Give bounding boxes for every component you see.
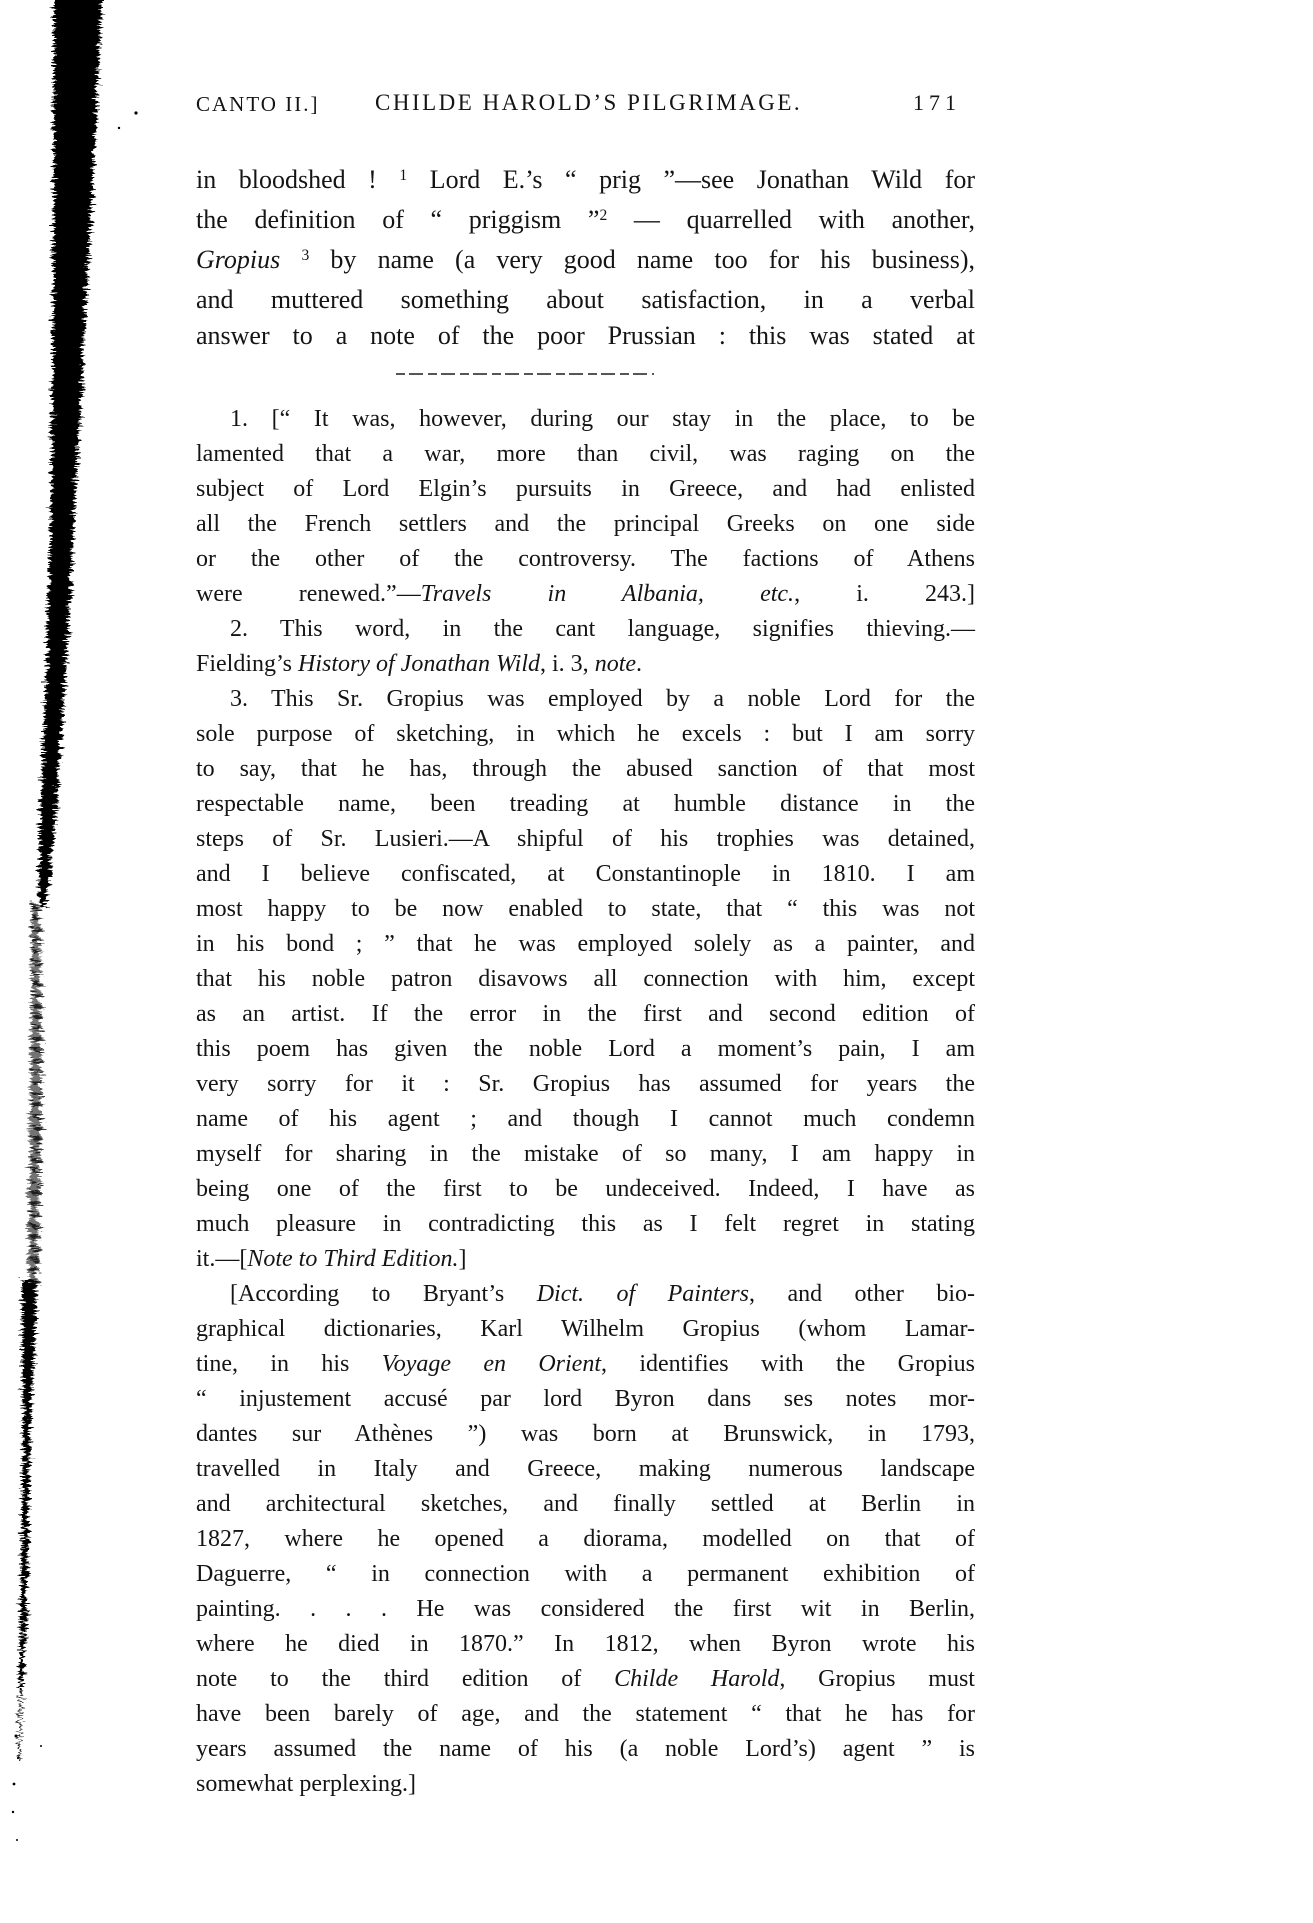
footnote-divider (396, 373, 654, 375)
text-line: 2. This word, in the cant language, sign… (196, 612, 975, 647)
text-segment: name of his agent ; and though I cannot … (196, 1106, 975, 1132)
text-segment: travelled in Italy and Greece, making nu… (196, 1456, 975, 1482)
text-segment (280, 245, 301, 274)
text-line: were renewed.”—Travels in Albania, etc.,… (196, 577, 975, 612)
text-segment: and muttered something about satisfactio… (196, 285, 975, 314)
text-segment: by name (a very good name too for his bu… (309, 245, 975, 274)
text-segment: dantes sur Athènes ”) was born at Brunsw… (196, 1421, 975, 1447)
text-line: very sorry for it : Sr. Gropius has assu… (196, 1067, 975, 1102)
text-segment: Gropius (196, 245, 280, 274)
text-segment: in his bond ; ” that he was employed sol… (196, 931, 975, 957)
text-line: being one of the first to be undeceived.… (196, 1172, 975, 1207)
text-line: Fielding’s History of Jonathan Wild, i. … (196, 647, 975, 682)
text-line: where he died in 1870.” In 1812, when By… (196, 1627, 975, 1662)
text-line: it.—[Note to Third Edition.] (196, 1242, 975, 1277)
text-segment: as an artist. If the error in the first … (196, 1001, 975, 1027)
text-segment: sole purpose of sketching, in which he e… (196, 721, 975, 747)
text-line: all the French settlers and the principa… (196, 507, 975, 542)
text-segment: Note to Third Edition. (247, 1246, 458, 1272)
text-line: most happy to be now enabled to state, t… (196, 892, 975, 927)
text-segment: etc. (760, 581, 794, 607)
text-segment: and I believe confiscated, at Constantin… (196, 861, 975, 887)
footnotes-section: 1. [“ It was, however, during our stay i… (196, 402, 975, 1802)
text-segment: tine, in his (196, 1351, 382, 1377)
text-segment: this poem has given the noble Lord a mom… (196, 1036, 975, 1062)
text-segment: being one of the first to be undeceived.… (196, 1176, 975, 1202)
text-segment: graphical dictionaries, Karl Wilhelm Gro… (196, 1316, 975, 1342)
text-line: [According to Bryant’s Dict. of Painters… (196, 1277, 975, 1312)
text-line: painting. . . . He was considered the fi… (196, 1592, 975, 1627)
text-line: answer to a note of the poor Prussian : … (196, 318, 975, 354)
text-segment (704, 581, 760, 607)
text-segment: note to the third edition of (196, 1666, 614, 1692)
text-segment: it.—[ (196, 1246, 247, 1272)
text-line: subject of Lord Elgin’s pursuits in Gree… (196, 472, 975, 507)
text-segment: answer to a note of the poor Prussian : … (196, 321, 975, 350)
text-segment: 1. [“ It was, however, during our stay i… (230, 406, 975, 432)
text-segment: years assumed the name of his (a noble L… (196, 1736, 975, 1762)
page-header: CANTO II.] CHILDE HAROLD’S PILGRIMAGE. 1… (196, 88, 975, 122)
text-line: or the other of the controversy. The fac… (196, 542, 975, 577)
text-segment: “ injustement accusé par lord Byron dans… (196, 1386, 975, 1412)
book-page: CANTO II.] CHILDE HAROLD’S PILGRIMAGE. 1… (0, 0, 1313, 1923)
text-segment: painting. . . . He was considered the fi… (196, 1596, 975, 1622)
text-line: graphical dictionaries, Karl Wilhelm Gro… (196, 1312, 975, 1347)
text-line: and muttered something about satisfactio… (196, 282, 975, 318)
text-line: note to the third edition of Childe Haro… (196, 1662, 975, 1697)
text-line: and I believe confiscated, at Constantin… (196, 857, 975, 892)
text-line: steps of Sr. Lusieri.—A shipful of his t… (196, 822, 975, 857)
text-line: “ injustement accusé par lord Byron dans… (196, 1382, 975, 1417)
text-segment: Lord E.’s “ prig ”—see Jonathan Wild for (407, 165, 975, 194)
text-line: to say, that he has, through the abused … (196, 752, 975, 787)
text-line: lamented that a war, more than civil, wa… (196, 437, 975, 472)
text-line: myself for sharing in the mistake of so … (196, 1137, 975, 1172)
text-line: much pleasure in contradicting this as I… (196, 1207, 975, 1242)
text-line: have been barely of age, and the stateme… (196, 1697, 975, 1732)
text-line: respectable name, been treading at humbl… (196, 787, 975, 822)
text-segment: subject of Lord Elgin’s pursuits in Gree… (196, 476, 975, 502)
text-line: years assumed the name of his (a noble L… (196, 1732, 975, 1767)
text-line: in his bond ; ” that he was employed sol… (196, 927, 975, 962)
text-segment: all the French settlers and the principa… (196, 511, 975, 537)
page-number: 171 (913, 90, 961, 116)
text-segment: , i. 3, (540, 651, 595, 677)
text-line: 1. [“ It was, however, during our stay i… (196, 402, 975, 437)
text-segment: lamented that a war, more than civil, wa… (196, 441, 975, 467)
running-title: CHILDE HAROLD’S PILGRIMAGE. (375, 90, 802, 116)
text-segment: Voyage en Orient (382, 1351, 601, 1377)
text-segment: 1827, where he opened a diorama, modelle… (196, 1526, 975, 1552)
text-segment: Daguerre, “ in connection with a permane… (196, 1561, 975, 1587)
text-segment: most happy to be now enabled to state, t… (196, 896, 975, 922)
text-segment: , and other bio- (749, 1281, 975, 1307)
text-segment: somewhat perplexing.] (196, 1771, 416, 1797)
text-line: travelled in Italy and Greece, making nu… (196, 1452, 975, 1487)
text-line: 1827, where he opened a diorama, modelle… (196, 1522, 975, 1557)
text-segment: steps of Sr. Lusieri.—A shipful of his t… (196, 826, 975, 852)
text-segment: the definition of “ priggism ” (196, 205, 599, 234)
text-line: sole purpose of sketching, in which he e… (196, 717, 975, 752)
text-segment: , i. 243.] (794, 581, 975, 607)
text-segment: , Gropius must (779, 1666, 975, 1692)
text-segment: [According to Bryant’s (230, 1281, 537, 1307)
text-segment: ] (458, 1246, 466, 1272)
text-segment: Dict. of Painters (537, 1281, 749, 1307)
text-segment: myself for sharing in the mistake of so … (196, 1141, 975, 1167)
text-line: that his noble patron disavows all conne… (196, 962, 975, 997)
text-segment: and architectural sketches, and finally … (196, 1491, 975, 1517)
text-line: name of his agent ; and though I cannot … (196, 1102, 975, 1137)
text-line: and architectural sketches, and finally … (196, 1487, 975, 1522)
text-segment: — quarrelled with another, (607, 205, 975, 234)
text-segment: in bloodshed ! (196, 165, 399, 194)
canto-label: CANTO II.] (196, 92, 319, 117)
text-segment: very sorry for it : Sr. Gropius has assu… (196, 1071, 975, 1097)
text-line: Gropius 3 by name (a very good name too … (196, 242, 975, 282)
text-segment: that his noble patron disavows all conne… (196, 966, 975, 992)
text-segment: much pleasure in contradicting this as I… (196, 1211, 975, 1237)
text-segment: have been barely of age, and the stateme… (196, 1701, 975, 1727)
text-segment: to say, that he has, through the abused … (196, 756, 975, 782)
text-segment: or the other of the controversy. The fac… (196, 546, 975, 572)
text-segment: respectable name, been treading at humbl… (196, 791, 975, 817)
text-line: the definition of “ priggism ”2 — quarre… (196, 202, 975, 242)
text-segment: were renewed.”— (196, 581, 421, 607)
text-line: tine, in his Voyage en Orient, identifie… (196, 1347, 975, 1382)
text-segment: Childe Harold (614, 1666, 779, 1692)
text-line: Daguerre, “ in connection with a permane… (196, 1557, 975, 1592)
text-segment: where he died in 1870.” In 1812, when By… (196, 1631, 975, 1657)
text-line: in bloodshed ! 1 Lord E.’s “ prig ”—see … (196, 162, 975, 202)
text-segment: . (636, 651, 642, 677)
footnote-ref: 3 (301, 247, 309, 264)
text-line: 3. This Sr. Gropius was employed by a no… (196, 682, 975, 717)
main-paragraph: in bloodshed ! 1 Lord E.’s “ prig ”—see … (196, 162, 975, 354)
binding-shadow-artifact (0, 0, 150, 1923)
text-line: this poem has given the noble Lord a mom… (196, 1032, 975, 1067)
text-segment: , identifies with the Gropius (601, 1351, 975, 1377)
footnote-ref: 1 (399, 167, 407, 184)
text-segment: 3. This Sr. Gropius was employed by a no… (230, 686, 975, 712)
text-segment: note (595, 651, 636, 677)
text-segment: 2. This word, in the cant language, sign… (230, 616, 975, 642)
text-segment: Travels in Albania, (421, 581, 704, 607)
footnote-ref: 2 (599, 207, 607, 224)
text-segment: Fielding’s (196, 651, 298, 677)
text-line: as an artist. If the error in the first … (196, 997, 975, 1032)
text-line: dantes sur Athènes ”) was born at Brunsw… (196, 1417, 975, 1452)
text-segment: History of Jonathan Wild (298, 651, 540, 677)
text-line: somewhat perplexing.] (196, 1767, 975, 1802)
